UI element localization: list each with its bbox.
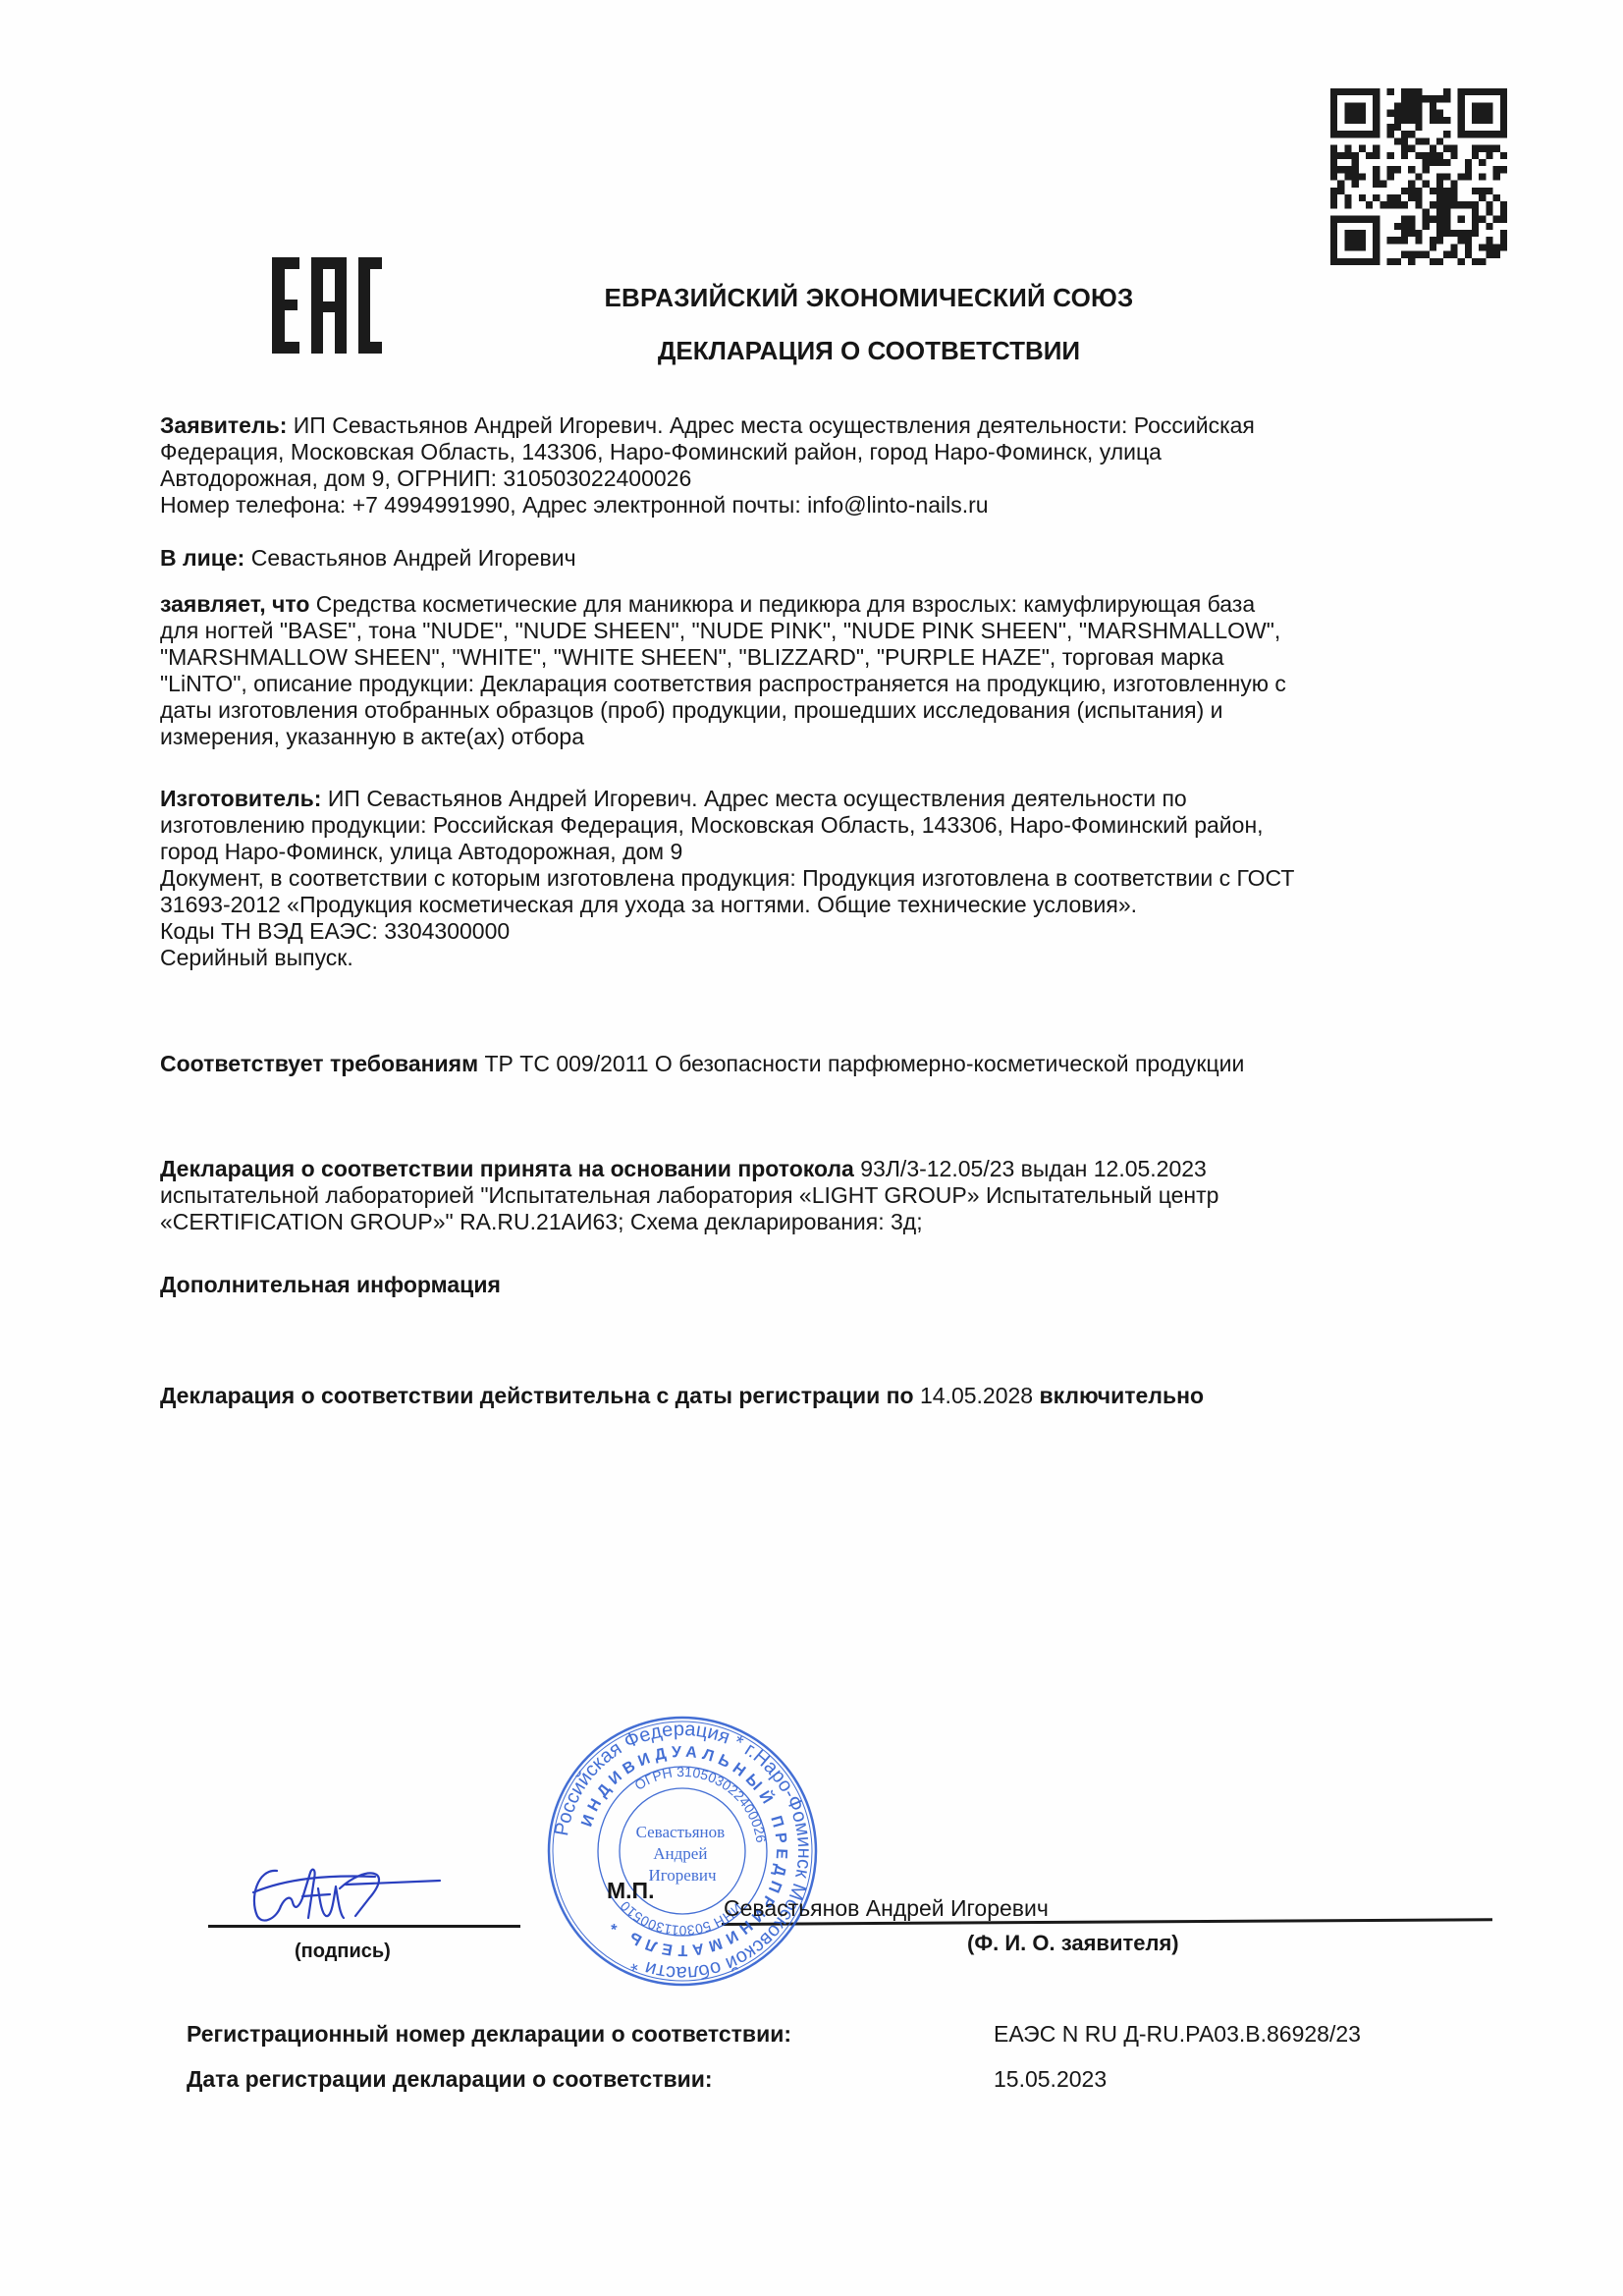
applicant-line: Федерация, Московская Область, 143306, Н…	[160, 439, 1486, 465]
protocol-label: Декларация о соответствии принята на осн…	[160, 1156, 854, 1181]
declares-line: Средства косметические для маникюра и пе…	[309, 591, 1255, 617]
validity-section: Декларация о соответствии действительна …	[160, 1383, 1486, 1409]
validity-date: 14.05.2028	[914, 1383, 1040, 1408]
name-caption: (Ф. И. О. заявителя)	[967, 1931, 1179, 1956]
declares-line: для ногтей "BASE", тона "NUDE", "NUDE SH…	[160, 618, 1486, 644]
manufacturer-label: Изготовитель:	[160, 786, 321, 811]
applicant-line: Номер телефона: +7 4994991990, Адрес эле…	[160, 492, 1486, 519]
manufacturer-line: изготовлению продукции: Российская Федер…	[160, 812, 1486, 839]
company-stamp-icon: Российская Федерация * г.Наро-Фоминск Мо…	[545, 1714, 820, 1989]
svg-text:Севастьянов Андрей: Севастьянов Андрей Игоревич	[636, 1823, 730, 1885]
protocol-line: 93Л/3-12.05/23 выдан 12.05.2023	[854, 1156, 1207, 1181]
validity-label: Декларация о соответствии действительна …	[160, 1383, 914, 1408]
protocol-line: испытательной лабораторией "Испытательна…	[160, 1182, 1486, 1209]
signer-name: Севастьянов Андрей Игоревич	[724, 1895, 1049, 1922]
applicant-section: Заявитель: ИП Севастьянов Андрей Игореви…	[160, 412, 1486, 519]
manufacturer-line: ИП Севастьянов Андрей Игоревич. Адрес ме…	[321, 786, 1186, 811]
person-label: В лице:	[160, 545, 244, 571]
manufacturer-section: Изготовитель: ИП Севастьянов Андрей Игор…	[160, 786, 1486, 971]
protocol-section: Декларация о соответствии принята на осн…	[160, 1156, 1486, 1235]
person-value: Севастьянов Андрей Игоревич	[244, 545, 575, 571]
registration-number-value: ЕАЭС N RU Д-RU.РА03.В.86928/23	[994, 2021, 1361, 2048]
manufacturer-line: город Наро-Фоминск, улица Автодорожная, …	[160, 839, 1486, 865]
requirements-value: ТР ТС 009/2011 О безопасности парфюмерно…	[478, 1051, 1244, 1076]
applicant-line: Автодорожная, дом 9, ОГРНИП: 31050302240…	[160, 465, 1486, 492]
manufacturer-line: 31693-2012 «Продукция косметическая для …	[160, 892, 1486, 918]
document-title: ДЕКЛАРАЦИЯ О СООТВЕТСТВИИ	[0, 336, 1623, 366]
registration-date-label: Дата регистрации декларации о соответств…	[187, 2066, 713, 2093]
additional-info-label: Дополнительная информация	[160, 1272, 501, 1297]
declares-label: заявляет, что	[160, 591, 309, 617]
requirements-label: Соответствует требованиям	[160, 1051, 478, 1076]
applicant-label: Заявитель:	[160, 412, 287, 438]
declares-line: "LiNTO", описание продукции: Декларация …	[160, 671, 1486, 697]
manufacturer-line: Коды ТН ВЭД ЕАЭС: 3304300000	[160, 918, 1486, 945]
signature-caption: (подпись)	[295, 1941, 391, 1963]
handwritten-signature-icon	[247, 1859, 444, 1928]
declares-line: "MARSHMALLOW SHEEN", "WHITE", "WHITE SHE…	[160, 644, 1486, 671]
declares-section: заявляет, что Средства косметические для…	[160, 591, 1486, 750]
manufacturer-line: Серийный выпуск.	[160, 945, 1486, 971]
validity-suffix: включительно	[1039, 1383, 1204, 1408]
qr-code-icon[interactable]	[1330, 88, 1507, 265]
declares-line: измерения, указанную в акте(ах) отбора	[160, 724, 1486, 750]
declares-line: даты изготовления отобранных образцов (п…	[160, 697, 1486, 724]
additional-info-section: Дополнительная информация	[160, 1272, 1486, 1298]
registration-number-label: Регистрационный номер декларации о соотв…	[187, 2021, 791, 2048]
manufacturer-line: Документ, в соответствии с которым изгот…	[160, 865, 1486, 892]
applicant-line: ИП Севастьянов Андрей Игоревич. Адрес ме…	[287, 412, 1255, 438]
union-title: ЕВРАЗИЙСКИЙ ЭКОНОМИЧЕСКИЙ СОЮЗ	[0, 283, 1623, 313]
stamp-place-label: М.П.	[607, 1878, 654, 1904]
person-section: В лице: Севастьянов Андрей Игоревич	[160, 545, 1486, 572]
requirements-section: Соответствует требованиям ТР ТС 009/2011…	[160, 1051, 1486, 1077]
registration-date-value: 15.05.2023	[994, 2066, 1107, 2093]
protocol-line: «CERTIFICATION GROUP»" RA.RU.21АИ63; Схе…	[160, 1209, 1486, 1235]
declaration-page: ЕВРАЗИЙСКИЙ ЭКОНОМИЧЕСКИЙ СОЮЗ ДЕКЛАРАЦИ…	[0, 0, 1623, 2296]
